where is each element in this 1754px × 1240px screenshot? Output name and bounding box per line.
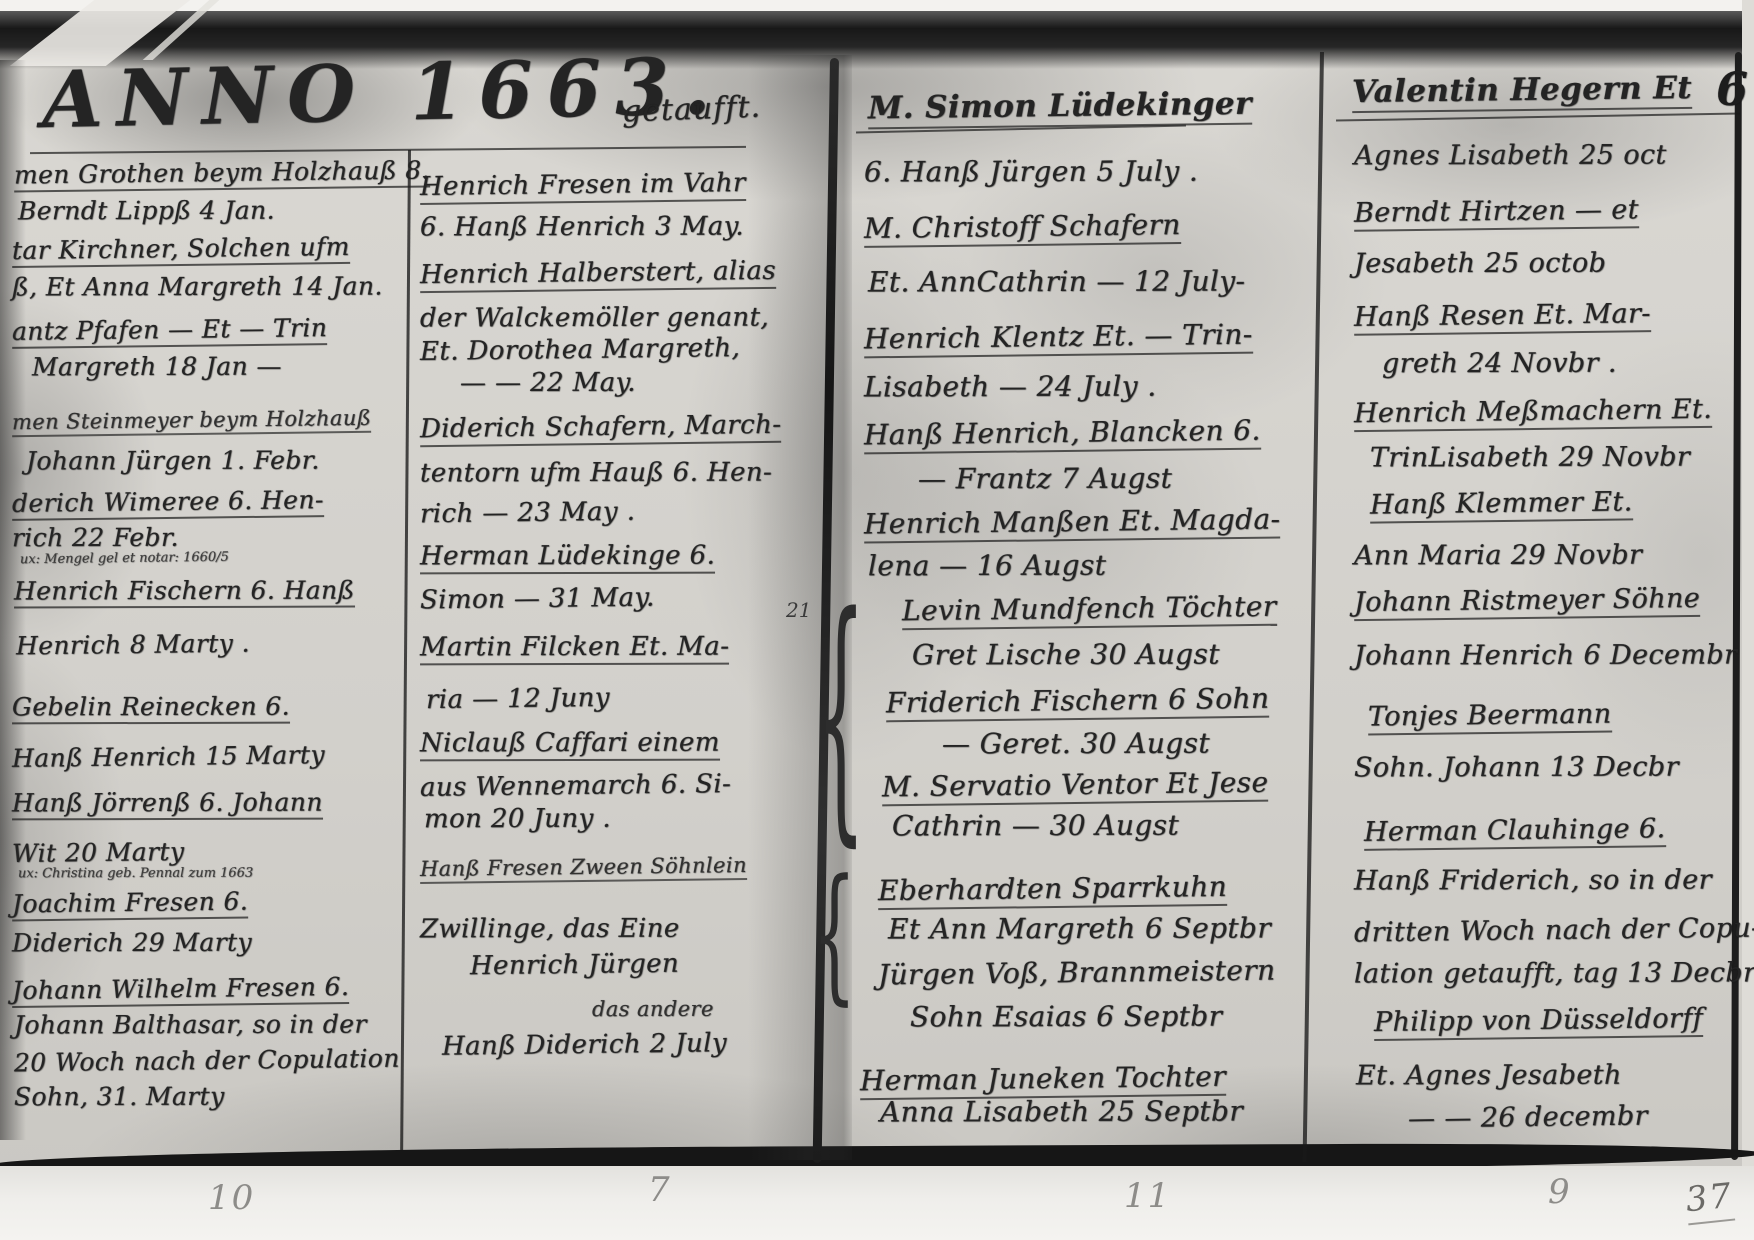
- register-line: Hanß Klemmer Et.: [1370, 486, 1633, 523]
- register-line: Lisabeth — 24 July .: [864, 370, 1157, 404]
- register-line: lation getaufft, tag 13 Decbr: [1354, 957, 1754, 989]
- register-line: Gebelin Reinecken 6.: [12, 692, 290, 725]
- register-line: Henrich Klentz Et. — Trin-: [864, 318, 1253, 359]
- register-line: Henrich 8 Marty .: [16, 629, 250, 661]
- interlinear-note: ux: Christina geb. Pennal zum 1663: [18, 866, 253, 882]
- register-line: Philipp von Düsseldorff: [1374, 1003, 1703, 1041]
- register-line: Henrich Meßmachern Et.: [1354, 394, 1713, 432]
- column-header: Valentin Hegern Et: [1352, 70, 1692, 113]
- register-line: ria — 12 Juny: [426, 683, 610, 715]
- register-line: Zwillinge, das Eine: [420, 914, 680, 945]
- pencil-number: 37: [1684, 1176, 1736, 1226]
- register-line: Johann Wilhelm Fresen 6.: [12, 972, 350, 1008]
- register-line: Hanß Henrich, Blancken 6.: [864, 414, 1261, 455]
- register-line: Agnes Lisabeth 25 oct: [1354, 140, 1667, 172]
- register-column-1: men Grothen beym Holzhauß 8. Berndt Lipp…: [12, 150, 404, 1140]
- register-line: Simon — 31 May.: [420, 583, 655, 616]
- register-line: Hanß Fresen Zween Söhnlein: [420, 853, 747, 884]
- register-line: Martin Filcken Et. Ma-: [420, 632, 729, 666]
- baptized-note: getaufft.: [621, 90, 761, 130]
- entry-group-brace: {: [816, 585, 866, 850]
- register-line: rich — 23 May .: [420, 497, 636, 530]
- register-column-4: Valentin Hegern Et Agnes Lisabeth 25 oct…: [1348, 60, 1748, 1150]
- register-line: Hanß Resen Et. Mar-: [1354, 298, 1651, 336]
- register-line: Anna Lisabeth 25 Septbr: [880, 1095, 1243, 1129]
- register-line: Eberhardten Sparrkuhn: [878, 870, 1228, 910]
- register-line: Herman Lüdekinge 6.: [420, 541, 715, 575]
- register-line: Diderich 29 Marty: [12, 928, 252, 958]
- scanned-register-page: ANNO 1663. getaufft. 6 men Grothen beym …: [0, 0, 1754, 1240]
- column-header: M. Simon Lüdekinger: [868, 86, 1252, 130]
- register-line: 6. Hanß Henrich 3 May.: [420, 212, 744, 243]
- register-line: dritten Woch nach der Copu-: [1354, 913, 1754, 949]
- register-column-3: M. Simon Lüdekinger 6. Hanß Jürgen 5 Jul…: [858, 80, 1326, 1150]
- register-line: — — 22 May.: [460, 368, 636, 398]
- register-line: Wit 20 Marty: [12, 837, 185, 868]
- register-line: 20 Woch nach der Copulation: [14, 1044, 400, 1078]
- register-line: rich 22 Febr.: [12, 523, 179, 552]
- register-line: Hanß Henrich 15 Marty: [12, 740, 325, 773]
- register-line: Herman Clauhinge 6.: [1364, 813, 1666, 851]
- register-line: Diderich Schafern, March-: [420, 410, 782, 447]
- register-line: Ann Maria 29 Novbr: [1354, 540, 1642, 572]
- entry-group-brace: {: [812, 860, 857, 1007]
- register-line: Levin Mundfench Töchter: [902, 590, 1277, 631]
- register-line: Sohn. Johann 13 Decbr: [1354, 752, 1679, 784]
- register-line: Friderich Fischern 6 Sohn: [886, 682, 1270, 723]
- register-line: M. Servatio Ventor Et Jese: [882, 766, 1269, 807]
- register-line: Cathrin — 30 Augst: [892, 809, 1179, 843]
- register-line: antz Pfafen — Et — Trin: [12, 313, 328, 349]
- register-line: 6. Hanß Jürgen 5 July .: [864, 155, 1198, 189]
- register-line: — — 26 decembr: [1408, 1101, 1648, 1135]
- pencil-number: 10: [208, 1178, 255, 1218]
- register-line: Tonjes Beermann: [1368, 699, 1612, 736]
- register-line: Johann Jürgen 1. Febr.: [26, 446, 320, 476]
- register-line: der Walckemöller genant,: [420, 303, 769, 334]
- register-line: men Grothen beym Holzhauß 8.: [14, 155, 430, 192]
- register-line: Margreth 18 Jan —: [32, 352, 282, 382]
- register-line: Henrich Fresen im Vahr: [420, 168, 746, 205]
- register-line: Henrich Jürgen: [470, 949, 679, 982]
- register-line: men Steinmeyer beym Holzhauß: [12, 406, 372, 437]
- register-line: Johann Balthasar, so in der: [14, 1010, 367, 1040]
- register-line: Hanß Friderich, so in der: [1354, 865, 1712, 897]
- pencil-number: 11: [1124, 1176, 1171, 1216]
- bottom-scan-margin: [0, 1166, 1754, 1240]
- register-line: tar Kirchner, Solchen ufm: [12, 232, 350, 268]
- register-line: Hanß Jörrenß 6. Johann: [12, 788, 323, 821]
- register-line: Et Ann Margreth 6 Septbr: [888, 911, 1271, 945]
- register-line: — Frantz 7 Augst: [918, 462, 1172, 496]
- register-line: TrinLisabeth 29 Novbr: [1370, 442, 1690, 474]
- pencil-number: 7: [648, 1170, 672, 1210]
- register-line: aus Wennemarch 6. Si-: [420, 769, 732, 803]
- register-line: ß, Et Anna Margreth 14 Jan.: [12, 272, 383, 302]
- register-line: Henrich Manßen Et. Magda-: [864, 502, 1281, 543]
- register-line: Gret Lische 30 Augst: [912, 638, 1220, 672]
- register-line: Berndt Lippß 4 Jan.: [18, 196, 275, 226]
- register-line: — Geret. 30 Augst: [942, 727, 1210, 761]
- register-line: mon 20 Juny .: [424, 804, 611, 834]
- register-line: Et. Dorothea Margreth,: [420, 333, 740, 367]
- register-line: greth 24 Novbr .: [1382, 348, 1617, 380]
- register-line: Sohn, 31. Marty: [14, 1082, 225, 1112]
- register-line: tentorn ufm Hauß 6. Hen-: [420, 458, 772, 489]
- register-line: Sohn Esaias 6 Septbr: [910, 1000, 1222, 1034]
- register-line: Et. AnnCathrin — 12 July-: [868, 265, 1245, 299]
- pencil-number: 9: [1548, 1172, 1572, 1212]
- register-line: M. Christoff Schafern: [864, 208, 1181, 248]
- register-line: Johann Ristmeyer Söhne: [1354, 583, 1701, 621]
- register-line: das andere: [592, 997, 714, 1021]
- register-line: Et. Agnes Jesabeth: [1356, 1060, 1622, 1092]
- register-column-2: Henrich Fresen im Vahr 6. Hanß Henrich 3…: [414, 150, 754, 1140]
- register-line: Jesabeth 25 octob: [1354, 248, 1606, 280]
- register-line: Johann Henrich 6 Decembr: [1354, 639, 1737, 671]
- margin-entry-number: 21: [786, 598, 811, 622]
- register-line: Niclauß Caffari einem: [420, 728, 720, 762]
- register-line: derich Wimeree 6. Hen-: [12, 485, 324, 521]
- interlinear-note: ux: Mengel gel et notar: 1660/5: [20, 550, 229, 568]
- register-line: Joachim Fresen 6.: [12, 887, 249, 922]
- register-line: Berndt Hirtzen — et: [1354, 194, 1639, 231]
- register-line: Jürgen Voß, Brannmeistern: [878, 954, 1276, 992]
- register-line: lena — 16 Augst: [868, 549, 1106, 583]
- register-line: Henrich Fischern 6. Hanß: [14, 576, 355, 609]
- register-line: Hanß Diderich 2 July: [442, 1028, 727, 1061]
- register-line: Henrich Halberstert, alias: [420, 256, 776, 293]
